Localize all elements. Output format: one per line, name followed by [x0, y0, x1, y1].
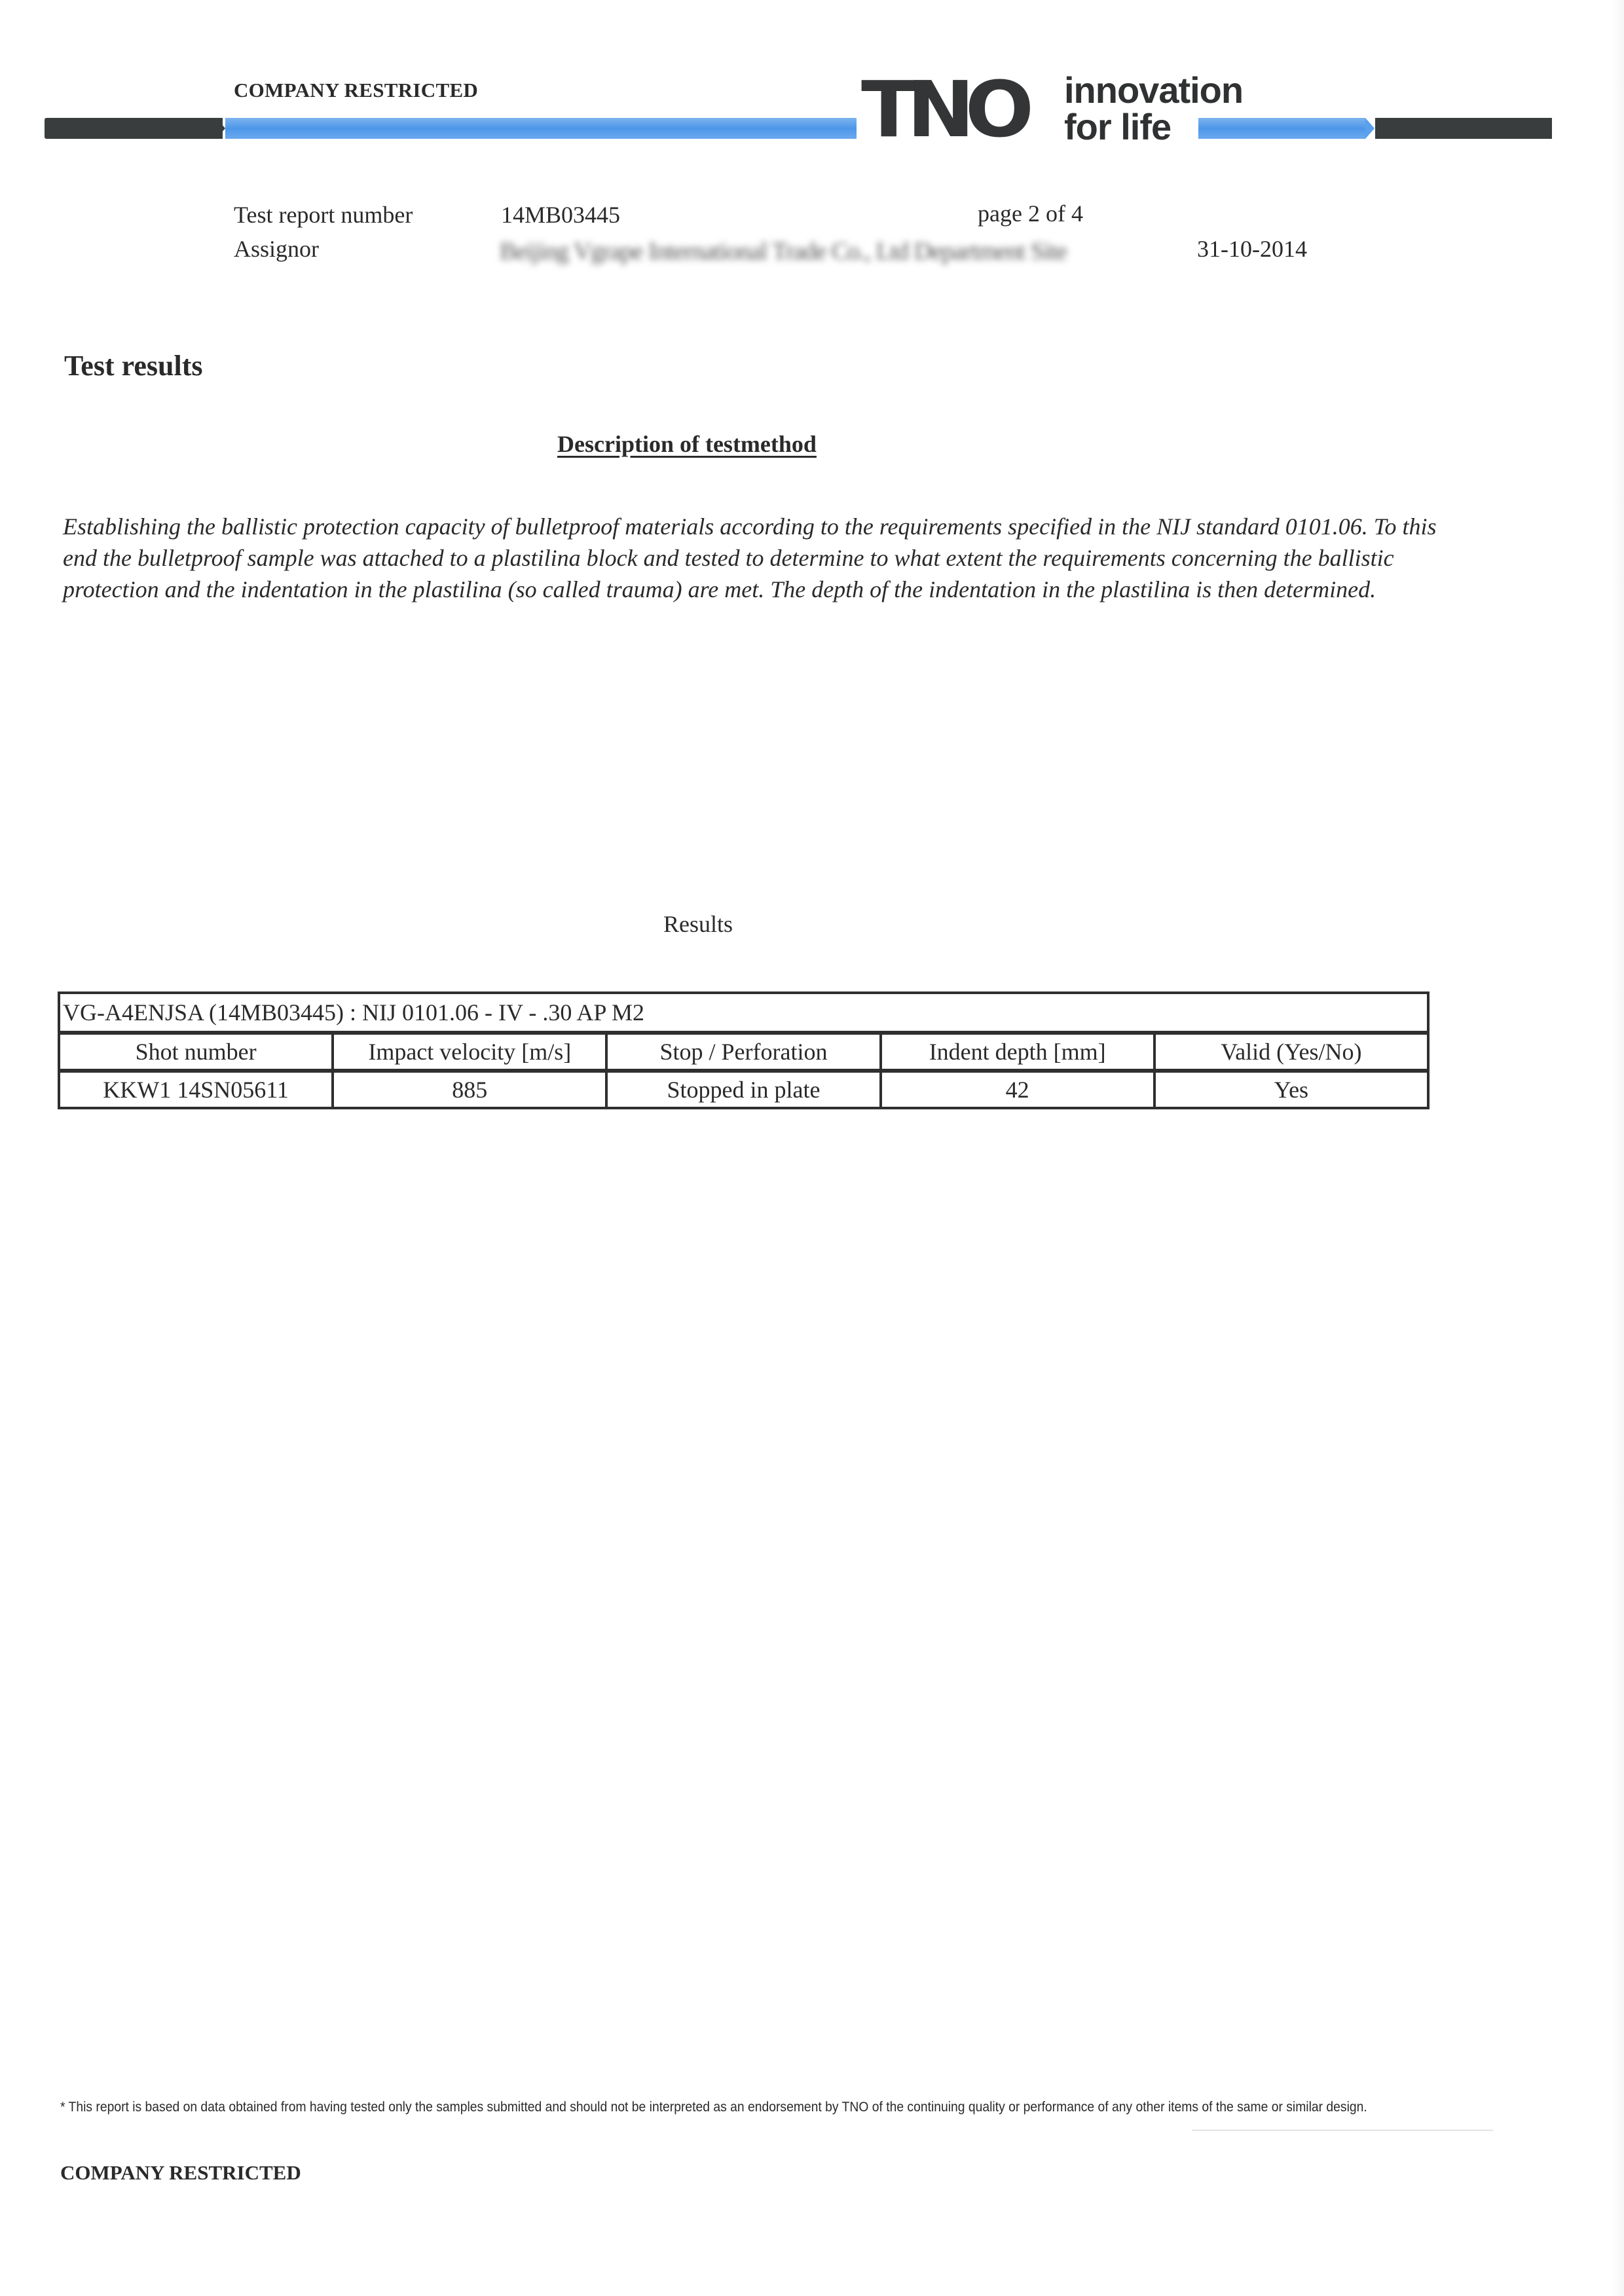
- test-method-description: Establishing the ballistic protection ca…: [63, 511, 1471, 605]
- table-row: KKW1 14SN05611 885 Stopped in plate 42 Y…: [59, 1071, 1428, 1108]
- column-header: Stop / Perforation: [606, 1033, 880, 1071]
- scan-edge: [1612, 0, 1624, 2296]
- section-subtitle: Description of testmethod: [557, 430, 817, 458]
- report-number-label: Test report number: [234, 201, 413, 229]
- tagline-line-1: innovation: [1064, 72, 1243, 109]
- indent-depth-cell: 42: [881, 1071, 1154, 1108]
- column-header: Impact velocity [m/s]: [333, 1033, 606, 1071]
- header-bar-chevron-right: [1365, 118, 1375, 139]
- stop-perforation-cell: Stopped in plate: [606, 1071, 880, 1108]
- column-header: Indent depth [mm]: [881, 1033, 1154, 1071]
- header-bar-blue-left: [225, 118, 857, 139]
- column-header: Shot number: [59, 1033, 333, 1071]
- section-title: Test results: [64, 349, 202, 382]
- page-indicator: page 2 of 4: [978, 200, 1083, 227]
- results-caption: VG-A4ENJSA (14MB03445) : NIJ 0101.06 - I…: [59, 993, 1428, 1033]
- header-bar-blue-right: [1198, 118, 1365, 139]
- report-number: 14MB03445: [501, 201, 620, 229]
- column-header: Valid (Yes/No): [1154, 1033, 1428, 1071]
- header-bar-chevron-left: [216, 118, 225, 139]
- shot-number-cell: KKW1 14SN05611: [59, 1071, 333, 1108]
- assignor-redacted: Beijing Vgrape International Trade Co., …: [500, 237, 1154, 266]
- impact-velocity-cell: 885: [333, 1071, 606, 1108]
- header-bar-dark-left: [45, 118, 223, 139]
- header-bar-dark-right: [1375, 118, 1552, 139]
- results-table: VG-A4ENJSA (14MB03445) : NIJ 0101.06 - I…: [58, 991, 1430, 1109]
- table-header-row: Shot number Impact velocity [m/s] Stop /…: [59, 1033, 1428, 1071]
- footnote: * This report is based on data obtained …: [60, 2097, 1386, 2118]
- valid-cell: Yes: [1154, 1071, 1428, 1108]
- report-date: 31-10-2014: [1197, 235, 1307, 263]
- results-label: Results: [663, 910, 733, 938]
- header-classification: COMPANY RESTRICTED: [234, 79, 478, 102]
- tno-logo-mark: TNO: [861, 71, 1024, 148]
- footer-classification: COMPANY RESTRICTED: [60, 2161, 301, 2185]
- assignor-label: Assignor: [234, 235, 319, 263]
- footer-divider: [1192, 2130, 1493, 2131]
